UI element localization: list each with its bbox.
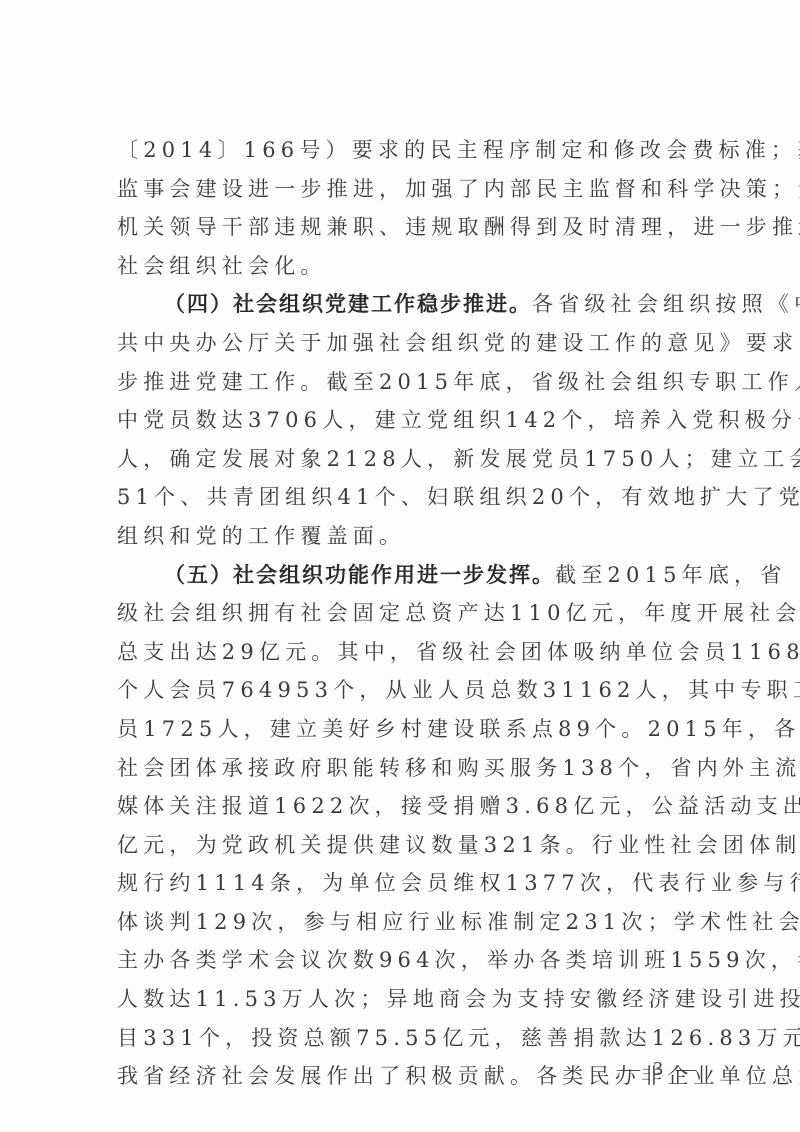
text-line: 步推进党建工作。截至2015年底，省级社会组织专职工作人员 [117, 363, 709, 402]
text-line: 人数达11.53万人次；异地商会为支持安徽经济建设引进投资项 [117, 980, 709, 1019]
section-5-first-line: （五）社会组织功能作用进一步发挥。截至2015年底，省 [117, 556, 709, 595]
text-line: 人，确定发展对象2128人，新发展党员1750人；建立工会组织 [117, 440, 709, 479]
text-line: 体谈判129次，参与相应行业标准制定231次；学术性社会团体 [117, 903, 709, 942]
section-5-heading: （五）社会组织功能作用进一步发挥。 [164, 562, 555, 587]
text-line: 个人会员764953个，从业人员总数31162人，其中专职工作人 [117, 671, 709, 710]
section-4-heading: （四）社会组织党建工作稳步推进。 [164, 291, 532, 316]
text-line: 51个、共青团组织41个、妇联组织20个，有效地扩大了党的 [117, 478, 709, 517]
text-line: 共中央办公厅关于加强社会组织党的建设工作的意见》要求，稳 [117, 324, 709, 363]
text-line: 监事会建设进一步推进，加强了内部民主监督和科学决策；党政 [117, 170, 709, 209]
text-line: 员1725人，建立美好乡村建设联系点89个。2015年，各省级 [117, 710, 709, 749]
section-5-text: 截至2015年底，省 [555, 563, 786, 587]
text-line: 〔2014〕166号）要求的民主程序制定和修改会费标准；基金会 [117, 131, 709, 170]
text-line: 亿元，为党政机关提供建议数量321条。行业性社会团体制定行 [117, 826, 709, 865]
section-4-first-line: （四）社会组织党建工作稳步推进。各省级社会组织按照《中 [117, 285, 709, 324]
text-line: 社会团体承接政府职能转移和购买服务138个，省内外主流新闻 [117, 749, 709, 788]
text-line: 主办各类学术会议次数964次，举办各类培训班1559次，参加 [117, 941, 709, 980]
text-line: 总支出达29亿元。其中，省级社会团体吸纳单位会员116815个， [117, 633, 709, 672]
section-4-text: 各省级社会组织按照《中 [532, 292, 800, 316]
text-line: 目331个，投资总额75.55亿元，慈善捐款达126.83万元，为 [117, 1019, 709, 1058]
text-line: 社会组织社会化。 [117, 247, 709, 286]
text-line: 规行约1114条，为单位会员维权1377次，代表行业参与行业集 [117, 864, 709, 903]
document-body: 〔2014〕166号）要求的民主程序制定和修改会费标准；基金会 监事会建设进一步… [117, 131, 709, 1096]
text-line: 组织和党的工作覆盖面。 [117, 517, 709, 556]
page-number: — 3 — [620, 1058, 700, 1081]
text-line: 中党员数达3706人，建立党组织142个，培养入党积极分子7602 [117, 401, 709, 440]
text-line: 机关领导干部违规兼职、违规取酬得到及时清理，进一步推进了 [117, 208, 709, 247]
text-line: 级社会组织拥有社会固定总资产达110亿元，年度开展社会服务 [117, 594, 709, 633]
text-line: 媒体关注报道1622次，接受捐赠3.68亿元，公益活动支出3.78 [117, 787, 709, 826]
